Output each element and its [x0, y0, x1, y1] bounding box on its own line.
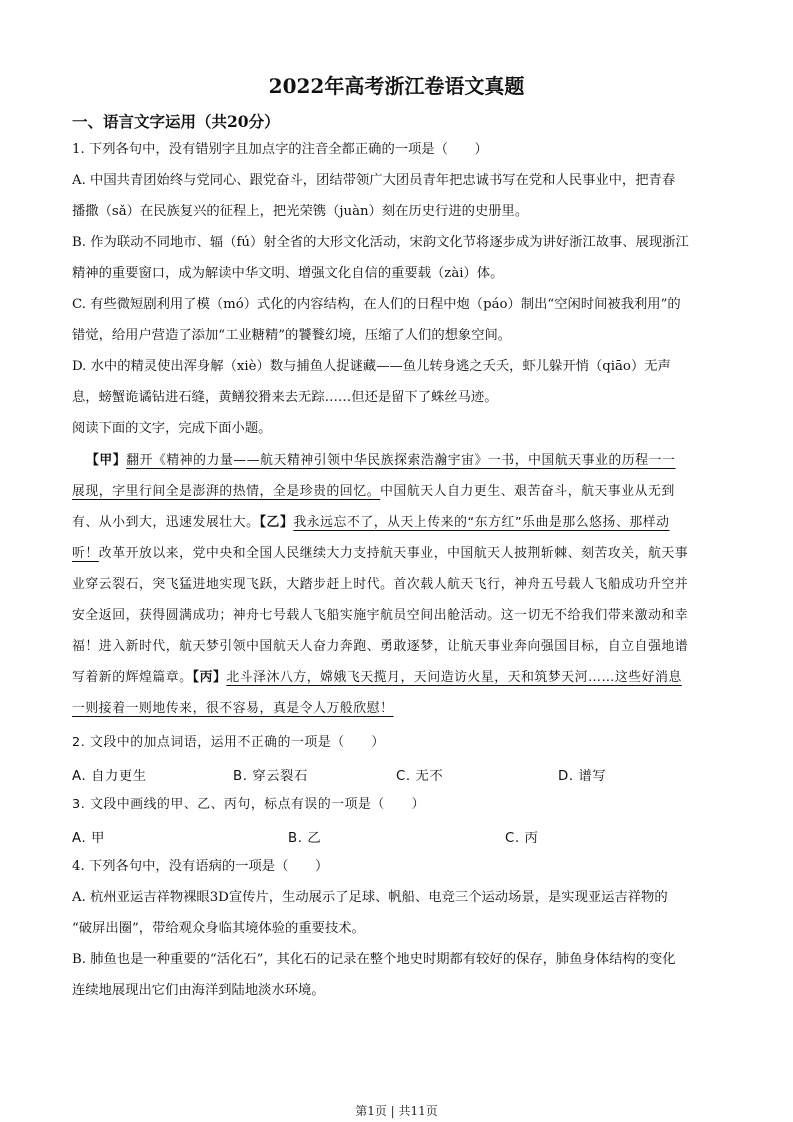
question-2-stem: 2. 文段中的加点词语，运用不正确的一项是（ ） [72, 734, 385, 752]
document-page: 2022年高考浙江卷语文真题 一、语言文字运用（共20分） 1. 下列各句中，没… [0, 0, 793, 1122]
question-4-option-a-line2: “破屏出圈”，带给观众身临其境体验的重要技术。 [72, 920, 365, 938]
underlined-sentence-jia-end: 展现，字里行间全是澎湃的热情，全是珍贵的回忆。 [72, 484, 380, 499]
question-1-option-b-line1: B. 作为联动不同地市、辐（fú）射全省的大形文化活动，宋韵文化节将逐步成为讲好… [72, 234, 689, 252]
question-4-option-b-line1: B. 肺鱼也是一种重要的“活化石”，其化石的记录在整个地史时期都有较好的保存，肺… [72, 951, 676, 969]
question-4-option-a-line1: A. 杭州亚运吉祥物裸眼3D宣传片，生动展示了足球、帆船、电竞三个运动场景，是实… [72, 889, 668, 907]
question-3-option-a: A. 甲 [72, 827, 105, 846]
marker-bing: 【丙】 [193, 670, 227, 685]
page-title: 2022年高考浙江卷语文真题 [0, 70, 793, 99]
question-2-option-a: A. 自力更生 [72, 765, 147, 784]
passage-line-6: 安全返回，获得圆满成功；神舟七号载人飞船实施宇航员空间出舱活动。这一切无不给我们… [72, 607, 688, 625]
underlined-sentence-bing-end: 一则接着一则地传来，很不容易，真是令人万般欣慰！ [72, 701, 394, 716]
question-4-stem: 4. 下列各句中，没有语病的一项是（ ） [72, 858, 328, 876]
passage-line-1: 【甲】翻开《精神的力量——航天精神引领中华民族探索浩瀚宇宙》一书，中国航天事业的… [86, 452, 675, 470]
question-2-option-b: B. 穿云裂石 [233, 765, 308, 784]
underlined-sentence-bing: 北斗泽沐八方，嫦娥飞天揽月，天问造访火星，天和筑梦天河……这些好消息 [226, 670, 682, 685]
passage-line-9: 一则接着一则地传来，很不容易，真是令人万般欣慰！ [72, 700, 394, 718]
question-1-option-c-line2: 错觉，给用户营造了添加“工业糖精”的饕餮幻境，压缩了人们的想象空间。 [72, 327, 511, 345]
question-1-option-d-line2: 息，螃蟹诡谲钻进石缝，黄鳝狡猾来去无踪……但还是留下了蛛丝马迹。 [72, 389, 498, 407]
question-2-option-d: D. 谱写 [558, 765, 606, 784]
question-1-option-b-line2: 精神的重要窗口，成为解读中华文明、增强文化自信的重要载（zài）体。 [72, 265, 503, 283]
question-1-option-c-line1: C. 有些微短剧利用了模（mó）式化的内容结构，在人们的日程中炮（páo）制出“… [72, 296, 681, 314]
passage-line-7: 福！进入新时代，航天梦引领中国航天人奋力奔跑、勇敢逐梦，让航天事业奔向强国目标，… [72, 638, 688, 656]
passage-text: 改革开放以来，党中央和全国人民继续大力支持航天事业，中国航天人披荆斩棘、刻苦攻关… [99, 546, 688, 561]
passage-line-2: 展现，字里行间全是澎湃的热情，全是珍贵的回忆。中国航天人自力更生、艰苦奋斗，航天… [72, 483, 675, 501]
marker-jia: 【甲】 [86, 453, 126, 468]
passage-text: 写着新的辉煌篇章。 [72, 670, 193, 685]
passage-line-8: 写着新的辉煌篇章。【丙】北斗泽沐八方，嫦娥飞天揽月，天问造访火星，天和筑梦天河…… [72, 669, 682, 687]
question-1-option-a-line1: A. 中国共青团始终与党同心、跟党奋斗，团结带领广大团员青年把忠诚书写在党和人民… [72, 172, 675, 190]
passage-text: 中国航天人自力更生、艰苦奋斗，航天事业从无到 [380, 484, 675, 499]
passage-line-5: 业穿云裂石，突飞猛进地实现飞跃，大踏步赶上时代。首次载人航天飞行，神舟五号载人飞… [72, 576, 688, 594]
question-3-option-c: C. 丙 [505, 827, 538, 846]
passage-line-4: 听！改革开放以来，党中央和全国人民继续大力支持航天事业，中国航天人披荆斩棘、刻苦… [72, 545, 688, 563]
page-footer: 第1页 | 共11页 [0, 1102, 793, 1119]
section-heading: 一、语言文字运用（共20分） [72, 110, 280, 132]
passage-text: 有、从小到大，迅速发展壮大。 [72, 515, 260, 530]
question-3-stem: 3. 文段中画线的甲、乙、丙句，标点有误的一项是（ ） [72, 796, 425, 814]
passage-line-3: 有、从小到大，迅速发展壮大。【乙】我永远忘不了，从天上传来的“东方红”乐曲是那么… [72, 514, 670, 532]
question-1-stem: 1. 下列各句中，没有错别字且加点字的注音全都正确的一项是（ ） [72, 141, 488, 159]
question-1-option-a-line2: 播撒（sǎ）在民族复兴的征程上，把光荣镌（juàn）刻在历史行进的史册里。 [72, 203, 528, 221]
marker-yi: 【乙】 [260, 515, 294, 530]
question-2-option-c: C. 无不 [396, 765, 443, 784]
underlined-sentence-yi-end: 听！ [72, 546, 99, 561]
question-3-option-b: B. 乙 [288, 827, 321, 846]
underlined-sentence-jia: 翻开《精神的力量——航天精神引领中华民族探索浩瀚宇宙》一书，中国航天事业的历程一… [126, 453, 675, 468]
question-4-option-b-line2: 连续地展现出它们由海洋到陆地淡水环境。 [72, 982, 325, 1000]
reading-intro: 阅读下面的文字，完成下面小题。 [72, 420, 271, 438]
underlined-sentence-yi: 我永远忘不了，从天上传来的“东方红”乐曲是那么悠扬、那样动 [293, 515, 669, 530]
question-1-option-d-line1: D. 水中的精灵使出浑身解（xiè）数与捕鱼人捉谜藏——鱼儿转身逃之夭夭，虾儿躲… [72, 358, 671, 376]
